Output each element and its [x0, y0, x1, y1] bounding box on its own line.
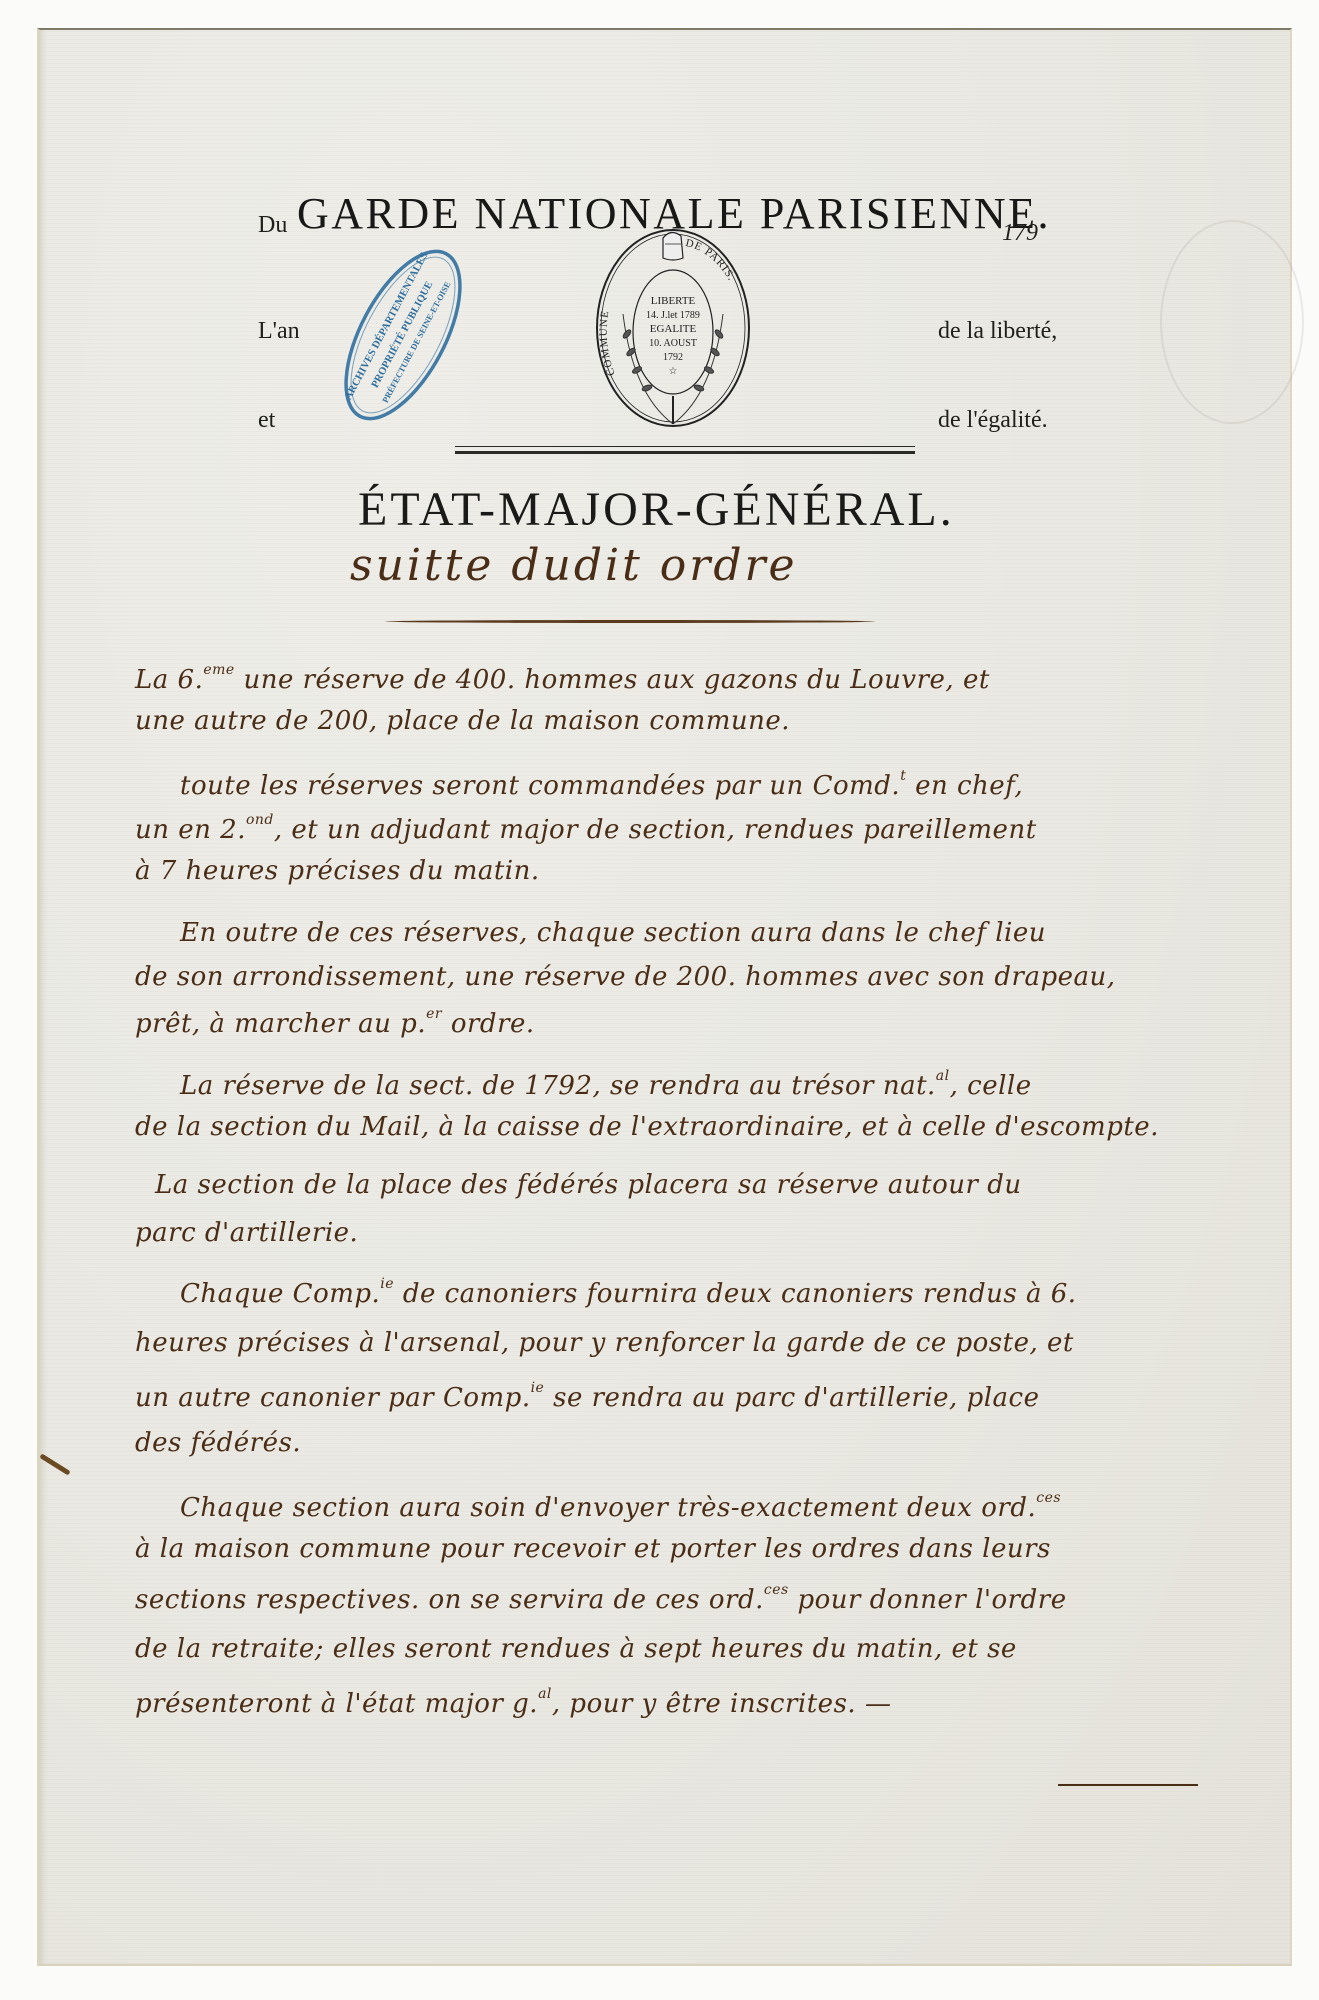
manuscript-line-text: de la retraite; elles seront rendues à s…	[135, 1634, 1017, 1664]
manuscript-line-text: une autre de 200, place de la maison com…	[135, 706, 790, 736]
svg-text:1792: 1792	[663, 352, 683, 363]
manuscript-line-text: de son arrondissement, une réserve de 20…	[135, 962, 1115, 992]
svg-text:14. J.let 1789: 14. J.let 1789	[646, 310, 700, 321]
manuscript-line-text: La section de la place des fédérés place…	[155, 1170, 1022, 1200]
manuscript-line: présenteront à l'état major g.al, pour y…	[135, 1686, 891, 1719]
show-through-mark	[1160, 220, 1304, 424]
manuscript-line-text: ordre.	[442, 1009, 535, 1039]
and-label: et	[258, 407, 275, 434]
year-label: L'an	[258, 318, 300, 345]
manuscript-line: La 6.eme une réserve de 400. hommes aux …	[135, 662, 990, 695]
manuscript-line: des fédérés.	[135, 1428, 301, 1458]
manuscript-line-text: Chaque Comp.	[180, 1279, 380, 1309]
manuscript-line-text: présenteront à l'état major g.	[135, 1689, 538, 1719]
archive-oval-stamp-icon: ARCHIVES DÉPARTEMENTALES PROPRIÉTÉ PUBLI…	[328, 240, 478, 430]
superscript-abbrev: al	[936, 1068, 950, 1084]
superscript-abbrev: eme	[203, 662, 234, 678]
manuscript-line-text: En outre de ces réserves, chaque section…	[180, 918, 1046, 948]
manuscript-line-text: Chaque section aura soin d'envoyer très-…	[180, 1493, 1036, 1523]
manuscript-line-text: La 6.	[135, 665, 203, 695]
manuscript-line: un en 2.ond, et un adjudant major de sec…	[135, 812, 1037, 845]
manuscript-line: prêt, à marcher au p.er ordre.	[135, 1006, 535, 1039]
superscript-abbrev: er	[426, 1006, 442, 1022]
svg-text:LIBERTE: LIBERTE	[651, 295, 696, 307]
manuscript-line-text: , pour y être inscrites. —	[552, 1689, 892, 1719]
superscript-abbrev: ces	[764, 1582, 789, 1598]
manuscript-line-text: sections respectives. on se servira de c…	[135, 1585, 764, 1615]
manuscript-line: toute les réserves seront commandées par…	[180, 768, 1023, 801]
svg-text:☆: ☆	[669, 366, 678, 377]
manuscript-line: un autre canonier par Comp.ie se rendra …	[135, 1380, 1039, 1413]
heading-underline	[385, 620, 875, 623]
closing-flourish	[1058, 1784, 1198, 1786]
document-page: GARDE NATIONALE PARISIENNE. Du 179 L'an …	[37, 28, 1292, 1966]
manuscript-line: de la retraite; elles seront rendues à s…	[135, 1634, 1017, 1664]
manuscript-line-text: heures précises à l'arsenal, pour y renf…	[135, 1328, 1074, 1358]
manuscript-line-text: , et un adjudant major de section, rendu…	[274, 815, 1037, 845]
svg-text:ARCHIVES DÉPARTEMENTALES: ARCHIVES DÉPARTEMENTALES	[342, 250, 430, 402]
manuscript-line: à 7 heures précises du matin.	[135, 856, 540, 886]
date-prefix: Du	[258, 212, 287, 239]
manuscript-line: une autre de 200, place de la maison com…	[135, 706, 790, 736]
manuscript-line: En outre de ces réserves, chaque section…	[180, 918, 1046, 948]
equality-label: de l'égalité.	[938, 407, 1048, 434]
section-title: ÉTAT-MAJOR-GÉNÉRAL.	[358, 482, 955, 537]
manuscript-line-text: prêt, à marcher au p.	[135, 1009, 426, 1039]
manuscript-line: à la maison commune pour recevoir et por…	[135, 1534, 1051, 1564]
svg-text:10. AOUST: 10. AOUST	[649, 338, 697, 349]
manuscript-line-text: , celle	[950, 1071, 1032, 1101]
manuscript-line: heures précises à l'arsenal, pour y renf…	[135, 1328, 1074, 1358]
manuscript-line-text: pour donner l'ordre	[789, 1585, 1067, 1615]
manuscript-line-text: des fédérés.	[135, 1428, 301, 1458]
manuscript-heading: suitte dudit ordre	[350, 540, 798, 591]
manuscript-line: Chaque section aura soin d'envoyer très-…	[180, 1490, 1061, 1523]
superscript-abbrev: ond	[246, 812, 274, 828]
year-prefix: 179	[1002, 220, 1038, 247]
superscript-abbrev: ces	[1036, 1490, 1061, 1506]
manuscript-line: sections respectives. on se servira de c…	[135, 1582, 1067, 1615]
manuscript-line-text: un en 2.	[135, 815, 246, 845]
manuscript-line: La réserve de la sect. de 1792, se rendr…	[180, 1068, 1032, 1101]
commune-de-paris-seal-icon: COMMUNE DE PARIS. LIBERTE 14. J.let 1789…	[593, 224, 753, 429]
superscript-abbrev: ie	[531, 1380, 545, 1396]
manuscript-line-text: se rendra au parc d'artillerie, place	[544, 1383, 1039, 1413]
manuscript-line-text: une réserve de 400. hommes aux gazons du…	[235, 665, 990, 695]
manuscript-line-text: toute les réserves seront commandées par…	[180, 771, 900, 801]
manuscript-line-text: de canoniers fournira deux canoniers ren…	[394, 1279, 1077, 1309]
manuscript-line-text: à la maison commune pour recevoir et por…	[135, 1534, 1051, 1564]
superscript-abbrev: al	[538, 1686, 552, 1702]
svg-text:EGALITE: EGALITE	[650, 323, 697, 335]
manuscript-line: La section de la place des fédérés place…	[155, 1170, 1022, 1200]
manuscript-line-text: de la section du Mail, à la caisse de l'…	[135, 1112, 1159, 1142]
manuscript-line-text: à 7 heures précises du matin.	[135, 856, 540, 886]
manuscript-line-text: La réserve de la sect. de 1792, se rendr…	[180, 1071, 936, 1101]
manuscript-line: parc d'artillerie.	[135, 1218, 358, 1248]
double-rule-divider	[455, 446, 915, 454]
manuscript-line-text: un autre canonier par Comp.	[135, 1383, 531, 1413]
manuscript-line: de la section du Mail, à la caisse de l'…	[135, 1112, 1159, 1142]
svg-text:COMMUNE: COMMUNE	[598, 309, 618, 377]
manuscript-line-text: en chef,	[906, 771, 1023, 801]
superscript-abbrev: ie	[380, 1276, 394, 1292]
manuscript-line: Chaque Comp.ie de canoniers fournira deu…	[180, 1276, 1077, 1309]
liberty-label: de la liberté,	[938, 318, 1057, 345]
manuscript-line-text: parc d'artillerie.	[135, 1218, 358, 1248]
margin-ink-mark	[39, 1453, 70, 1475]
manuscript-line: de son arrondissement, une réserve de 20…	[135, 962, 1115, 992]
